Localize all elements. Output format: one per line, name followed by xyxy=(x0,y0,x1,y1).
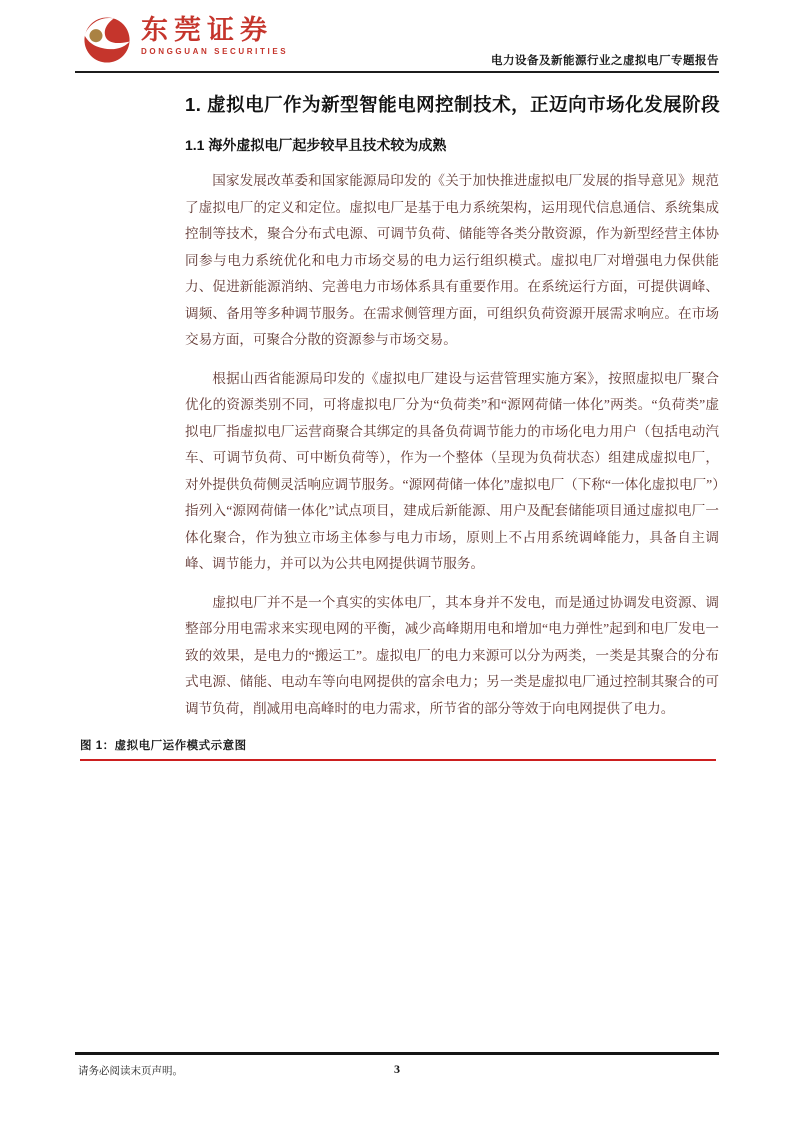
section-title: 1. 虚拟电厂作为新型智能电网控制技术，正迈向市场化发展阶段 xyxy=(185,93,745,117)
dongguan-securities-logo-icon xyxy=(83,16,131,64)
body-paragraph-3: 虚拟电厂并不是一个真实的实体电厂，其本身并不发电，而是通过协调发电资源、调整部分… xyxy=(185,590,719,723)
document-body: 1. 虚拟电厂作为新型智能电网控制技术，正迈向市场化发展阶段 1.1 海外虚拟电… xyxy=(75,86,719,761)
report-page: 东莞证券 DONGGUAN SECURITIES 电力设备及新能源行业之虚拟电厂… xyxy=(0,0,794,1123)
logo-name-cn: 东莞证券 xyxy=(141,16,288,46)
page-header: 东莞证券 DONGGUAN SECURITIES 电力设备及新能源行业之虚拟电厂… xyxy=(75,14,719,73)
subsection-title: 1.1 海外虚拟电厂起步较早且技术较为成熟 xyxy=(185,136,719,154)
logo-name-en: DONGGUAN SECURITIES xyxy=(141,47,288,56)
body-paragraph-2: 根据山西省能源局印发的《虚拟电厂建设与运营管理实施方案》，按照虚拟电厂聚合优化的… xyxy=(185,366,719,578)
page-number: 3 xyxy=(394,1062,400,1077)
figure-caption: 图 1：虚拟电厂运作模式示意图 xyxy=(80,737,716,761)
page-footer: 请务必阅读末页声明。 3 xyxy=(75,1052,719,1055)
logo-text: 东莞证券 DONGGUAN SECURITIES xyxy=(141,16,288,56)
body-paragraph-1: 国家发展改革委和国家能源局印发的《关于加快推进虚拟电厂发展的指导意见》规范了虚拟… xyxy=(185,168,719,354)
report-type-title: 电力设备及新能源行业之虚拟电厂专题报告 xyxy=(491,52,719,68)
footer-disclaimer: 请务必阅读末页声明。 xyxy=(78,1063,183,1078)
brand-logo: 东莞证券 DONGGUAN SECURITIES xyxy=(83,16,288,64)
